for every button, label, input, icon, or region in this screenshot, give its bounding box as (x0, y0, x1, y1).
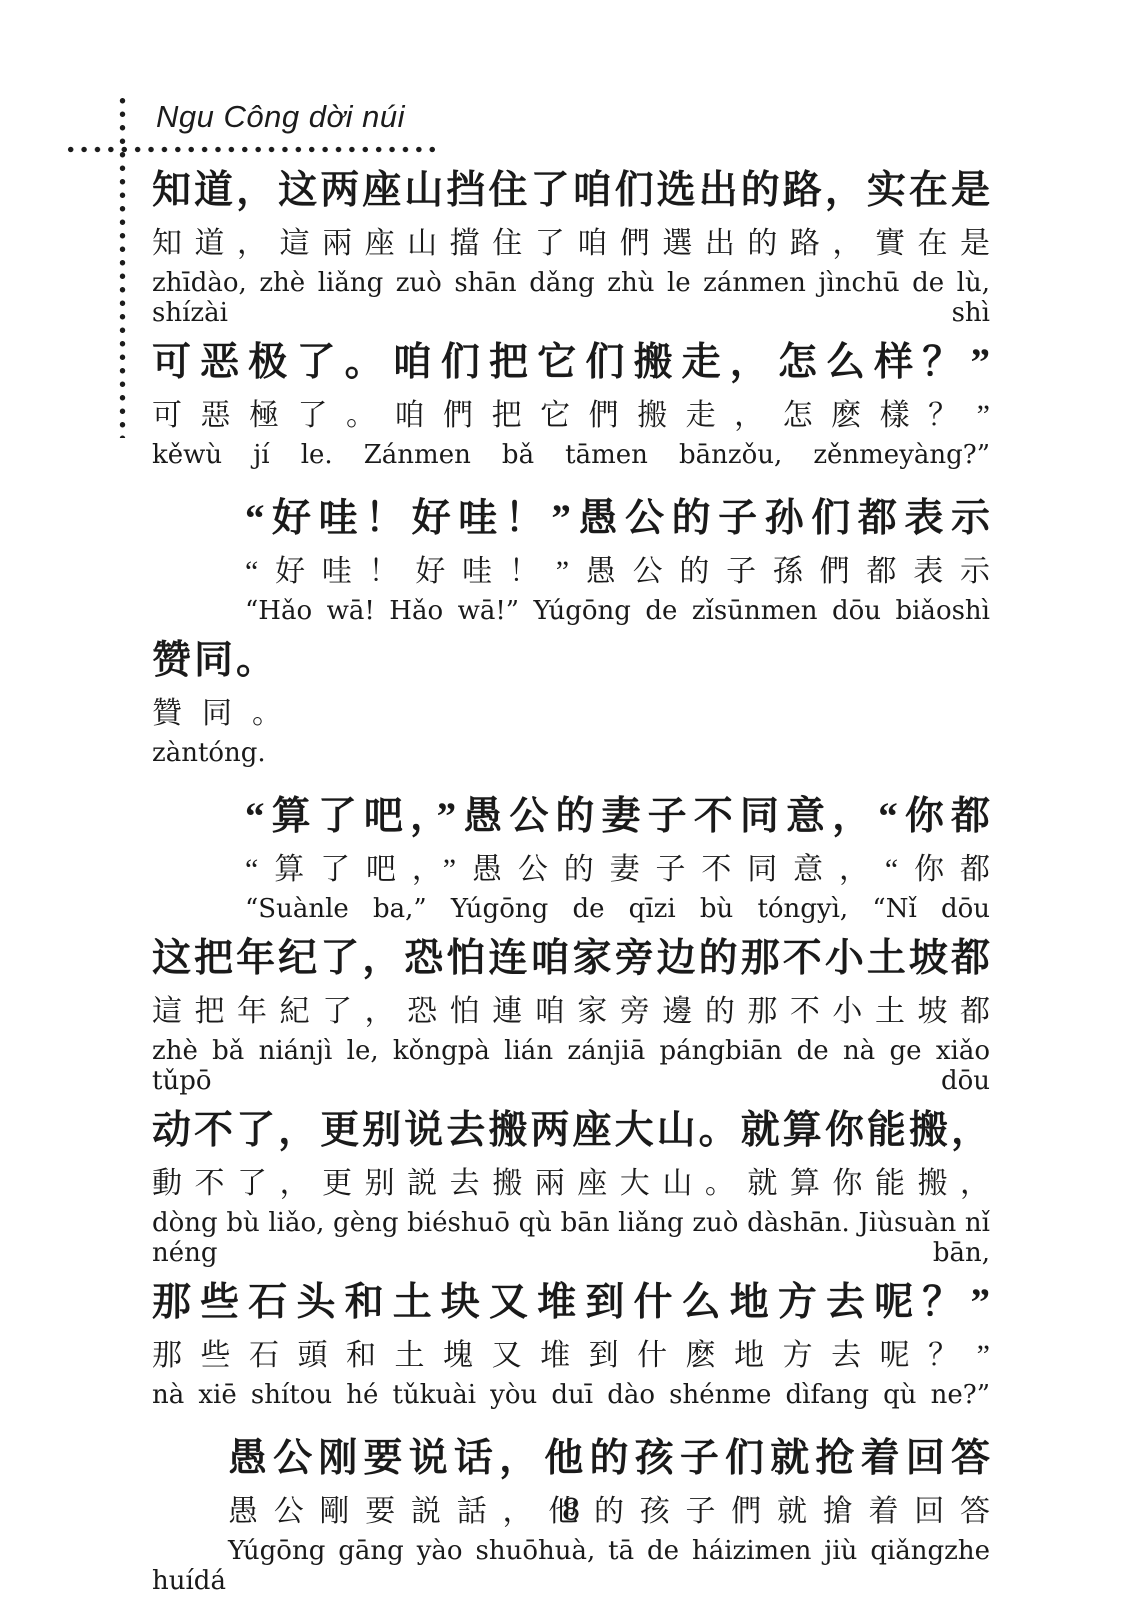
pinyin-line: dòng bù liǎo, gèng biéshuō qù bān liǎng … (152, 1208, 990, 1268)
hanzi-traditional-line: 那些石頭和土塊又堆到什麽地方去呢？” (152, 1339, 990, 1373)
pinyin-line: Yúgōng gāng yào shuōhuà, tā de háizimen … (152, 1536, 990, 1596)
hanzi-simplified-line: 这把年纪了，恐怕连咱家旁边的那不小土坡都 (152, 936, 990, 982)
pinyin-line: nà xiē shítou hé tǔkuài yòu duī dào shén… (152, 1380, 990, 1410)
pinyin-line: kěwù jí le. Zánmen bǎ tāmen bānzǒu, zěnm… (152, 440, 990, 470)
hanzi-simplified-line: 知道，这两座山挡住了咱们选出的路，实在是 (152, 168, 990, 214)
hanzi-simplified-line: 动不了，更别说去搬两座大山。就算你能搬， (152, 1108, 990, 1154)
pinyin-line: “Suànle ba,” Yúgōng de qīzi bù tóngyì, “… (152, 894, 990, 924)
trilinear-row: 赞同。 贊同。 zàntóng. (152, 638, 990, 768)
hanzi-traditional-line: 贊同。 (152, 697, 990, 731)
lesson-text: 知道，这两座山挡住了咱们选出的路，实在是 知道，這兩座山擋住了咱們選出的路，實在… (152, 168, 990, 1615)
paragraph-block: 知道，这两座山挡住了咱们选出的路，实在是 知道，這兩座山擋住了咱們選出的路，實在… (152, 168, 990, 470)
hanzi-traditional-line: 這把年紀了，恐怕連咱家旁邊的那不小土坡都 (152, 995, 990, 1029)
hanzi-traditional-line: 動不了，更别説去搬兩座大山。就算你能搬， (152, 1167, 990, 1201)
hanzi-simplified-line: 可恶极了。咱们把它们搬走，怎么样？” (152, 340, 990, 386)
trilinear-row: 那些石头和土块又堆到什么地方去呢？” 那些石頭和土塊又堆到什麽地方去呢？” nà… (152, 1280, 990, 1410)
hanzi-traditional-line: “算了吧，”愚公的妻子不同意，“你都 (152, 853, 990, 887)
pinyin-line: zhè bǎ niánjì le, kǒngpà lián zánjiā pán… (152, 1036, 990, 1096)
pinyin-line: “Hǎo wā! Hǎo wā!” Yúgōng de zǐsūnmen dōu… (152, 596, 990, 626)
hanzi-simplified-line: “好哇！好哇！”愚公的子孙们都表示 (152, 496, 990, 542)
page-number: 8 (0, 1493, 1142, 1528)
hanzi-simplified-line: 那些石头和土块又堆到什么地方去呢？” (152, 1280, 990, 1326)
hanzi-traditional-line: 知道，這兩座山擋住了咱們選出的路，實在是 (152, 227, 990, 261)
hanzi-simplified-line: “算了吧，”愚公的妻子不同意，“你都 (152, 794, 990, 840)
hanzi-traditional-line: 可惡極了。咱們把它們搬走，怎麽樣？” (152, 399, 990, 433)
pinyin-line: zàntóng. (152, 738, 990, 768)
paragraph-block: “好哇！好哇！”愚公的子孙们都表示 “好哇！好哇！”愚公的子孫們都表示 “Hǎo… (152, 496, 990, 768)
trilinear-row: “算了吧，”愚公的妻子不同意，“你都 “算了吧，”愚公的妻子不同意，“你都 “S… (152, 794, 990, 924)
trilinear-row: 可恶极了。咱们把它们搬走，怎么样？” 可惡極了。咱們把它們搬走，怎麽樣？” kě… (152, 340, 990, 470)
paragraph-block: “算了吧，”愚公的妻子不同意，“你都 “算了吧，”愚公的妻子不同意，“你都 “S… (152, 794, 990, 1410)
hanzi-traditional-line: “好哇！好哇！”愚公的子孫們都表示 (152, 555, 990, 589)
trilinear-row: 这把年纪了，恐怕连咱家旁边的那不小土坡都 這把年紀了，恐怕連咱家旁邊的那不小土坡… (152, 936, 990, 1096)
trilinear-row: 动不了，更别说去搬两座大山。就算你能搬， 動不了，更别説去搬兩座大山。就算你能搬… (152, 1108, 990, 1268)
hanzi-simplified-line: 赞同。 (152, 638, 990, 684)
hanzi-simplified-line: 愚公刚要说话，他的孩子们就抢着回答 (152, 1436, 990, 1482)
trilinear-row: “好哇！好哇！”愚公的子孙们都表示 “好哇！好哇！”愚公的子孫們都表示 “Hǎo… (152, 496, 990, 626)
dotted-rule-horizontal (64, 146, 436, 153)
chapter-title: Ngu Công dời núi (156, 99, 405, 135)
trilinear-row: 知道，这两座山挡住了咱们选出的路，实在是 知道，這兩座山擋住了咱們選出的路，實在… (152, 168, 990, 328)
pinyin-line: zhīdào, zhè liǎng zuò shān dǎng zhù le z… (152, 268, 990, 328)
